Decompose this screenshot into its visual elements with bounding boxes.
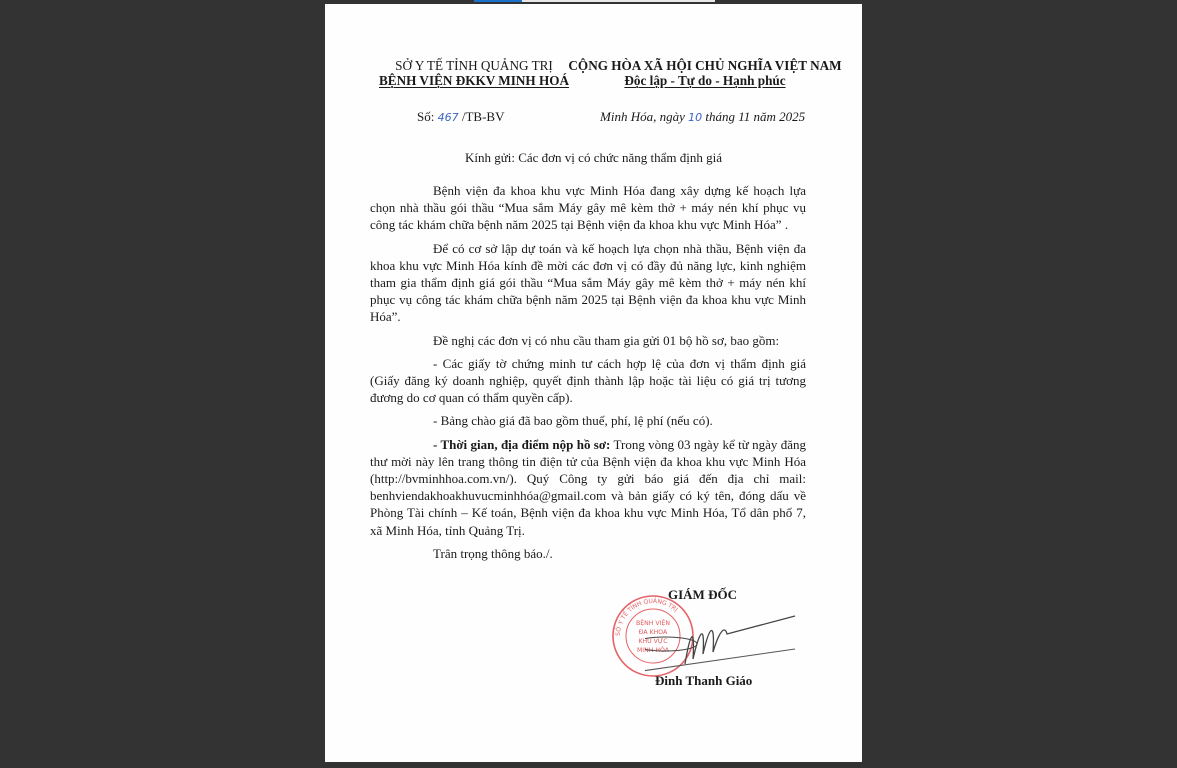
submission-paragraph: - Thời gian, địa điểm nộp hồ sơ: Trong v… [370, 436, 806, 539]
paragraph: Bệnh viện đa khoa khu vực Minh Hóa đang … [370, 182, 806, 234]
handwritten-number: 467 [438, 111, 459, 124]
hospital-name: BỆNH VIỆN ĐKKV MINH HOÁ [355, 73, 593, 88]
paragraph: - Các giấy tờ chứng minh tư cách hợp lệ … [370, 355, 806, 407]
issuing-organization: SỞ Y TẾ TỈNH QUẢNG TRỊ BỆNH VIỆN ĐKKV MI… [355, 58, 593, 88]
document-number: Số: 467 /TB-BV [417, 109, 504, 125]
document-body: Bệnh viện đa khoa khu vực Minh Hóa đang … [370, 182, 806, 568]
loading-progress-bar [474, 0, 715, 2]
country-name: CỘNG HÒA XÃ HỘI CHỦ NGHĨA VIỆT NAM [565, 58, 845, 73]
signer-name: Đinh Thanh Giáo [655, 673, 752, 689]
paragraph: - Bảng chào giá đã bao gồm thuế, phí, lệ… [370, 412, 806, 429]
date-line: Minh Hóa, ngày 10 tháng 11 năm 2025 [600, 109, 805, 125]
national-motto: CỘNG HÒA XÃ HỘI CHỦ NGHĨA VIỆT NAM Độc l… [565, 58, 845, 88]
signature-icon [645, 604, 805, 674]
recipient-line: Kính gửi: Các đơn vị có chức năng thẩm đ… [325, 150, 862, 166]
loading-progress-fill [474, 0, 522, 2]
motto: Độc lập - Tự do - Hạnh phúc [565, 73, 845, 88]
document-page: SỞ Y TẾ TỈNH QUẢNG TRỊ BỆNH VIỆN ĐKKV MI… [325, 4, 862, 762]
closing-line: Trân trọng thông báo./. [370, 545, 806, 562]
paragraph: Để có cơ sở lập dự toán và kế hoạch lựa … [370, 240, 806, 326]
handwritten-day: 10 [688, 111, 702, 124]
paragraph: Đề nghị các đơn vị có nhu cầu tham gia g… [370, 332, 806, 349]
parent-agency: SỞ Y TẾ TỈNH QUẢNG TRỊ [355, 58, 593, 73]
